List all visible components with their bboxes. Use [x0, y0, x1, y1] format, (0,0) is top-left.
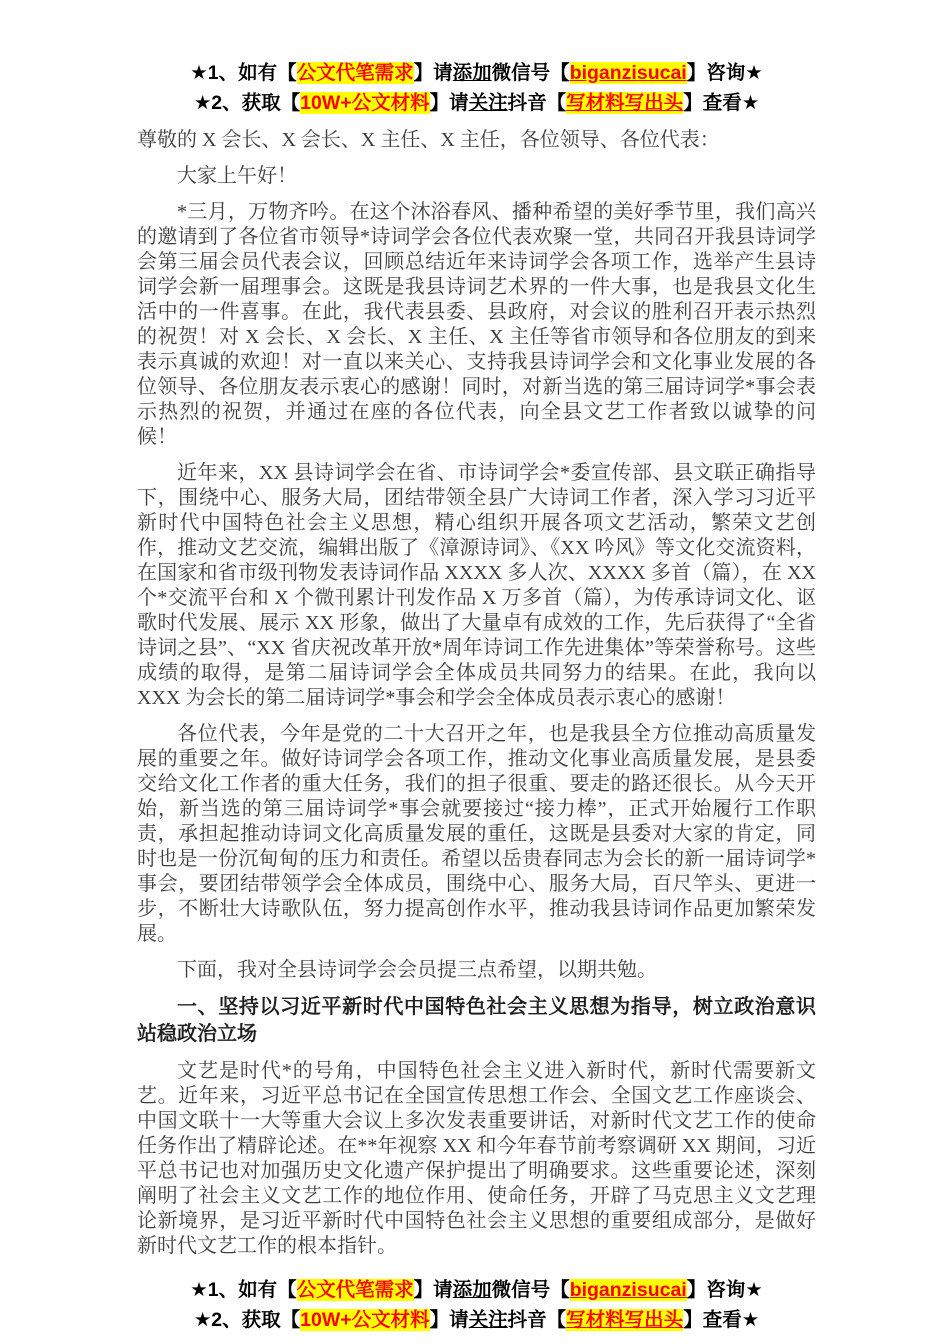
greeting: 大家上午好！: [137, 164, 816, 189]
paragraph-section1-body: 文艺是时代*的号角，中国特色社会主义进入新时代，新时代需要新文艺。近年来，习近平…: [137, 1059, 816, 1259]
paragraph-opening: *三月，万物齐吟。在这个沐浴春风、播种希望的美好季节里，我们高兴的邀请到了各位省…: [137, 200, 816, 450]
ad2b-bracket-text: 】请: [430, 1309, 469, 1331]
ad2b-prefix: ★2、获取【: [194, 1309, 300, 1331]
paragraph-expectations: 各位代表，今年是党的二十大召开之年，也是我县全方位推动高质量发展的重要之年。做好…: [137, 722, 816, 947]
ad1b-wechat-id: biganzisucai: [570, 1279, 687, 1301]
ad-line-1: ★1、如有【公文代笔需求】请添加微信号【biganzisucai】咨询★: [137, 58, 816, 88]
ad1-highlighted-keyword: 公文代笔需求: [297, 62, 414, 84]
ad1b-middle-text: 微信号【: [492, 1279, 570, 1301]
ad1b-bracket-text: 】请: [414, 1279, 453, 1301]
ad1-wechat-id: biganzisucai: [570, 62, 687, 84]
ad1-middle-text: 微信号【: [492, 62, 570, 84]
ad2b-underlined-action: 关注: [469, 1309, 508, 1331]
ad2b-middle-text: 抖音【: [508, 1309, 567, 1331]
ad-banner-bottom: ★1、如有【公文代笔需求】请添加微信号【biganzisucai】咨询★ ★2、…: [137, 1275, 816, 1335]
ad1b-suffix: 】咨询★: [687, 1279, 763, 1301]
ad2-middle-text: 抖音【: [508, 92, 567, 114]
ad2-suffix: 】查看★: [683, 92, 759, 114]
ad2b-douyin-id: 写材料写出头: [566, 1309, 683, 1331]
ad2b-suffix: 】查看★: [683, 1309, 759, 1331]
ad1b-prefix: ★1、如有【: [190, 1279, 296, 1301]
ad1b-underlined-action: 添加: [453, 1279, 492, 1301]
ad2-douyin-id: 写材料写出头: [566, 92, 683, 114]
ad-line-2: ★2、获取【10W+公文材料】请关注抖音【写材料写出头】查看★: [137, 88, 816, 118]
ad1-prefix: ★1、如有【: [190, 62, 296, 84]
ad-banner-top: ★1、如有【公文代笔需求】请添加微信号【biganzisucai】咨询★ ★2、…: [137, 58, 816, 118]
ad2-bracket-text: 】请: [430, 92, 469, 114]
ad2b-highlighted-keyword: 10W+公文材料: [300, 1309, 429, 1331]
document-page: ★1、如有【公文代笔需求】请添加微信号【biganzisucai】咨询★ ★2、…: [0, 0, 950, 1344]
ad2-highlighted-keyword: 10W+公文材料: [300, 92, 429, 114]
document-body: 尊敬的 X 会长、X 会长、X 主任、X 主任，各位领导、各位代表： 大家上午好…: [137, 128, 816, 1259]
salutation: 尊敬的 X 会长、X 会长、X 主任、X 主任，各位领导、各位代表：: [137, 128, 816, 153]
ad-line-1-bottom: ★1、如有【公文代笔需求】请添加微信号【biganzisucai】咨询★: [137, 1275, 816, 1305]
ad-line-2-bottom: ★2、获取【10W+公文材料】请关注抖音【写材料写出头】查看★: [137, 1305, 816, 1335]
ad1-bracket-text: 】请: [414, 62, 453, 84]
paragraph-achievements: 近年来，XX 县诗词学会在省、市诗词学会*委宣传部、县文联正确指导下，围绕中心、…: [137, 461, 816, 711]
ad2-prefix: ★2、获取【: [194, 92, 300, 114]
section-heading-1: 一、坚持以习近平新时代中国特色社会主义思想为指导，树立政治意识站稳政治立场: [137, 994, 816, 1048]
ad1b-highlighted-keyword: 公文代笔需求: [297, 1279, 414, 1301]
ad1-suffix: 】咨询★: [687, 62, 763, 84]
ad1-underlined-action: 添加: [453, 62, 492, 84]
ad2-underlined-action: 关注: [469, 92, 508, 114]
paragraph-transition: 下面，我对全县诗词学会会员提三点希望，以期共勉。: [137, 958, 816, 983]
